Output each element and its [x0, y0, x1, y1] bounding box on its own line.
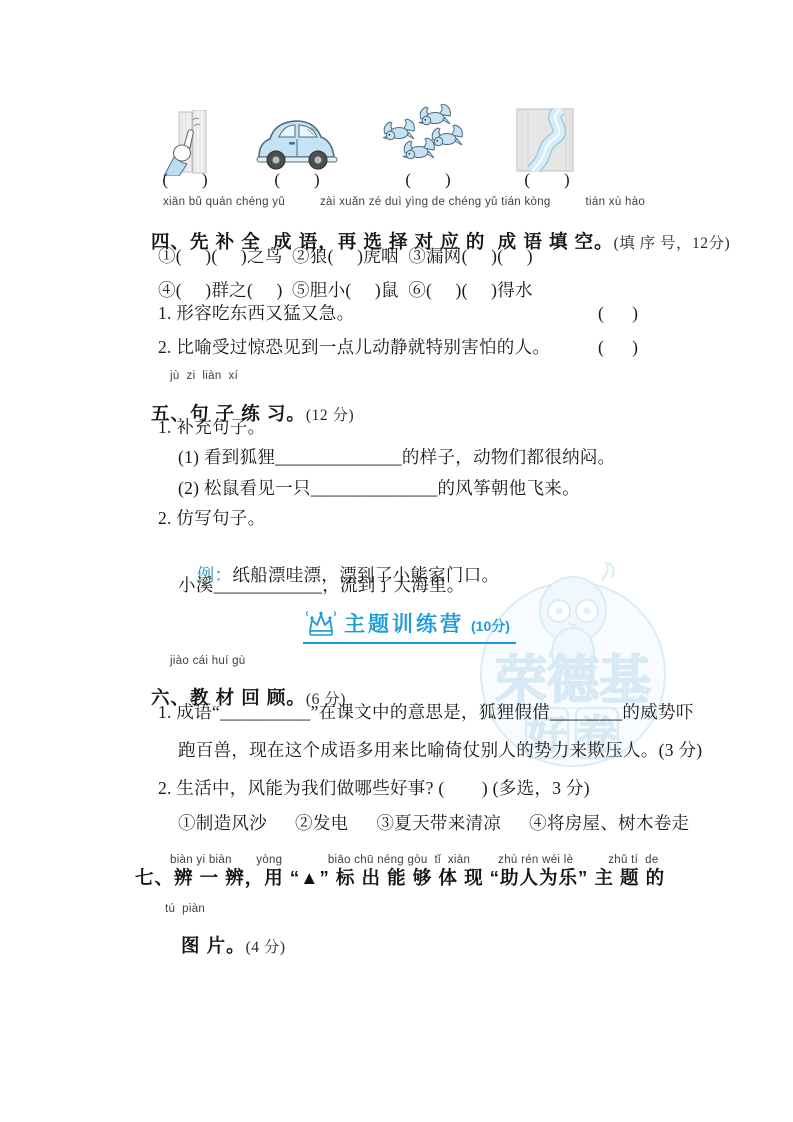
hand-knocking-door-image [162, 110, 208, 176]
theme-camp-banner: 主题训练营 (10分) [303, 608, 516, 644]
section5-item1: (1) 看到狐狸______________的样子，动物们都很纳闷。 [178, 447, 615, 469]
banner-title: 主题训练营 [344, 608, 464, 638]
section4-question2-answer-blank: ( ) [598, 337, 638, 359]
flying-birds-image [383, 104, 471, 168]
figure2-answer-blank: ( ) [262, 169, 332, 190]
section4-idiom-line1: ①( )( )之鸟 ②狼( )虎咽 ③漏网( )( ) [158, 246, 533, 268]
section4-question1-answer-blank: ( ) [598, 303, 638, 325]
section4-pinyin: xiān bǔ quán chéng yǔ zài xuǎn zé duì yì… [163, 195, 645, 209]
section5-sub2: 2. 仿写句子。 [158, 508, 265, 530]
section4-question1: 1. 形容吃东西又猛又急。 [158, 303, 354, 325]
section6-question2-options: ①制造风沙 ②发电 ③夏天带来清凉 ④将房屋、树木卷走 [178, 813, 689, 835]
section7-title2: 图 片。 [181, 935, 246, 956]
section5-sub1: 1. 补充句子。 [158, 417, 265, 439]
winding-river-image [516, 108, 574, 172]
blue-car-image [256, 112, 338, 172]
section4-score-note: (填 序 号，12分) [614, 235, 731, 252]
banner-score: (10分) [471, 616, 510, 638]
section6-question1-line1: 1. 成语“__________”在课文中的意思是，狐狸假借________的威… [158, 702, 694, 724]
section5-item2: (2) 松鼠看见一只______________的风筝朝他飞来。 [178, 478, 580, 500]
section7-title: 七、辨 一 辨，用 “▲” 标 出 能 够 体 现 “助人为乐” 主 题 的 [135, 866, 665, 889]
worksheet-page: 荣德基 好 卷 ( ) ( ) [0, 0, 793, 1122]
section5-fill-line: 小溪____________，流到了大海里。 [178, 575, 465, 597]
crown-icon [305, 610, 337, 638]
section4-idiom-line2: ④( )群之( ) ⑤胆小( )鼠 ⑥( )( )得水 [158, 280, 533, 302]
section5-score-note: (12 分) [306, 407, 354, 424]
section6-question2: 2. 生活中，风能为我们做哪些好事? ( ) (多选，3 分) [158, 778, 590, 800]
figure4-answer-blank: ( ) [512, 169, 582, 190]
figure3-answer-blank: ( ) [393, 169, 463, 190]
section4-question2: 2. 比喻受过惊恐见到一点儿动静就特别害怕的人。 [158, 337, 550, 359]
section7-heading2: 图 片。(4 分) [165, 914, 286, 978]
section7-score-note: (4 分) [246, 939, 286, 956]
figure1-answer-blank: ( ) [150, 169, 220, 190]
section6-question1-line2: 跑百兽，现在这个成语多用来比喻倚仗别人的势力来欺压人。(3 分) [178, 740, 702, 762]
